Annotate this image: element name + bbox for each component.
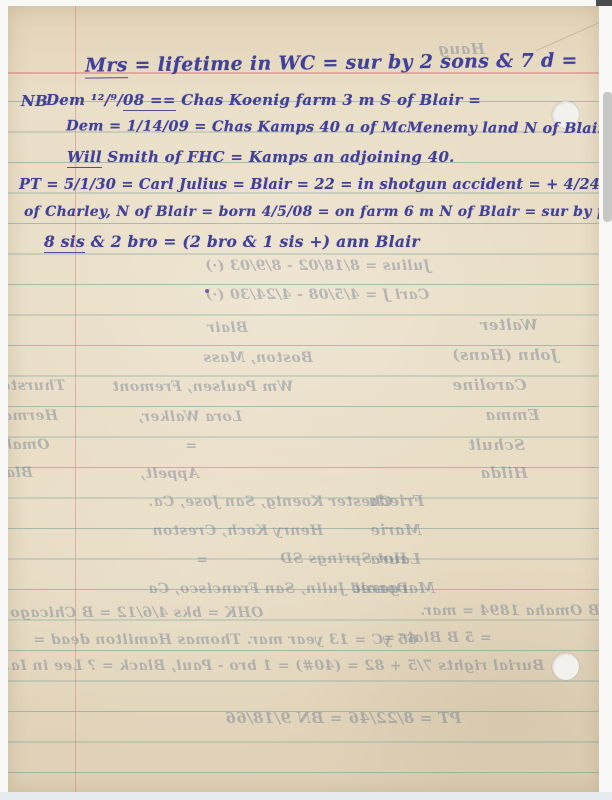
scanner-edge-smudge — [603, 92, 612, 222]
bleedthrough-text: Wm Paulsen, Fremont — [112, 379, 293, 395]
line-text: of Charley, N of Blair = born 4/5/08 = o… — [24, 204, 599, 220]
bleedthrough-text: Caroline — [452, 376, 527, 394]
bleedthrough-text: PT = 8/22/46 = BN 9/18/66 — [225, 709, 461, 727]
paper-crease — [536, 22, 599, 51]
bleedthrough-text: Chester Koenig, San Jose, Ca. — [148, 494, 392, 510]
bleedthrough-text: Blair — [8, 465, 33, 481]
bleedthrough-text: Appelt, — [140, 466, 199, 482]
bleedthrough-text: Herman — [8, 408, 58, 424]
bleedthrough-text: Omaha — [8, 437, 49, 453]
notebook-page: HaugJulius = 8/18/02 - 8/9/03 (·)Carl J … — [8, 6, 599, 792]
bleedthrough-text: Walter — [480, 316, 538, 334]
handwritten-line-4: Will Smith of FHC = Kamps an adjoining 4… — [67, 148, 455, 166]
underlined-word: Will — [67, 148, 102, 168]
bleedthrough-text: OHK = bks 4/6/12 = B Chicago — [10, 605, 263, 621]
line-text: Dem = 1/14/09 = Chas Kamps 40 a of McMen… — [66, 117, 599, 137]
handwritten-line-5: PT = 5/1/30 = Carl Julius = Blair = 22 =… — [19, 176, 599, 193]
bleedthrough-text: = B Omaha 1894 = mar. — [420, 603, 599, 619]
bleedthrough-text: Emma — [485, 406, 540, 424]
bleedthrough-text: Burial rights 7/5 + 82 = (40#) = 1 bro -… — [8, 658, 544, 674]
line-text: Dem ¹²/⁹/ — [46, 91, 123, 109]
bleedthrough-text: = — [185, 438, 197, 454]
hole-punch-bottom — [552, 653, 579, 680]
scanner-edge-corner — [596, 0, 612, 6]
handwritten-line-7: 8 sis & 2 bro = (2 bro & 1 sis +) ann Bl… — [44, 232, 420, 251]
bleedthrough-text: Schult — [468, 436, 525, 454]
bleedthrough-text: Marie — [370, 521, 421, 539]
underlined-segment: 8 sis — [44, 232, 85, 253]
bleedthrough-text: = 5 B Blair = — [383, 630, 492, 646]
handwritten-line-2: Dem ¹²/⁹/08 == Chas Koenig farm 3 m S of… — [46, 91, 481, 109]
bleedthrough-text: Hilda — [480, 464, 528, 482]
line-text: Chas Koenig farm 3 m S of Blair = — [176, 91, 481, 109]
ink-dot — [205, 289, 209, 293]
line-text: & 2 bro = (2 bro & 1 sis +) ann Blair — [85, 232, 420, 251]
bleedthrough-text: Thurston — [8, 378, 65, 394]
bleedthrough-text: Henry Koch, Creston — [152, 523, 323, 539]
scanned-document: HaugJulius = 8/18/02 - 8/9/03 (·)Carl J … — [0, 0, 612, 800]
bleedthrough-text: Lora Walker, — [138, 409, 242, 425]
underlined-word: Mrs — [85, 54, 128, 78]
bleedthrough-text: Julius = 8/18/02 - 8/9/03 (·) — [205, 258, 430, 274]
scanner-edge-bottom — [0, 792, 612, 800]
bleedthrough-text: Hot Springs SD — [280, 551, 407, 567]
bleedthrough-text: Donald Julin, San Francisco, Ca — [148, 581, 409, 597]
line-text: PT = 5/1/30 = Carl Julius = Blair = 22 =… — [19, 176, 599, 193]
bleedthrough-text: Blair — [207, 320, 248, 336]
bleedthrough-text: 65 yC = 13 year mar. Thomas Hamilton dea… — [33, 632, 417, 648]
bleedthrough-text: Carl J = 4/5/08 - 4/24/30 (·) — [205, 287, 429, 303]
bleedthrough-text: = — [196, 552, 208, 568]
margin-note-nb: NB — [21, 92, 48, 110]
handwritten-line-6: of Charley, N of Blair = born 4/5/08 = o… — [24, 204, 599, 220]
bleedthrough-text: Boston, Mass — [203, 350, 313, 366]
underlined-segment: 08 == — [123, 91, 176, 111]
handwritten-line-3: Dem = 1/14/09 = Chas Kamps 40 a of McMen… — [66, 117, 599, 137]
line-text: Smith of FHC = Kamps an adjoining 40. — [102, 148, 455, 166]
line-text: = lifetime in WC = sur by 2 sons & 7 d = — [128, 49, 578, 76]
bleedthrough-text: John (Hans) — [452, 346, 558, 364]
